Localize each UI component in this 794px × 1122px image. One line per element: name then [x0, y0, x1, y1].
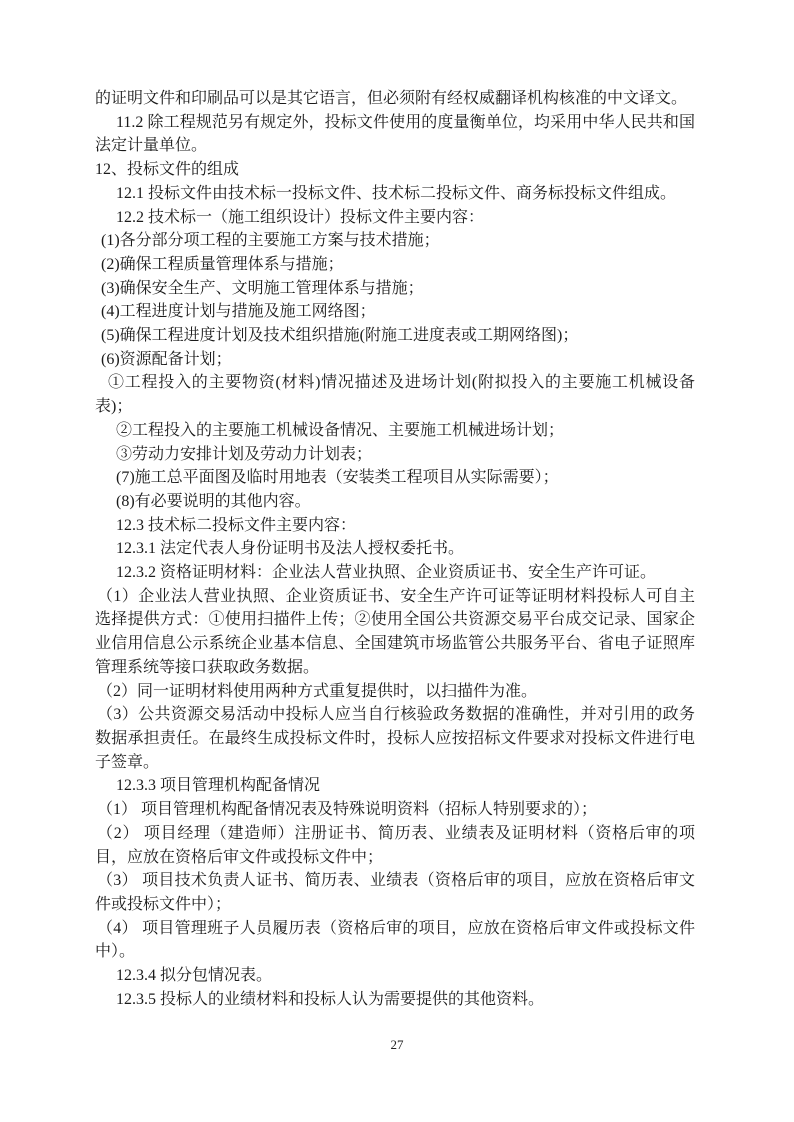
paragraph: (8)有必要说明的其他内容。 [95, 490, 695, 514]
paragraph: （1） 项目管理机构配备情况表及特殊说明资料（招标人特别要求的）； [95, 798, 695, 822]
document-page: 的证明文件和印刷品可以是其它语言，但必须附有经权威翻译机构核准的中文译文。11.… [0, 0, 794, 1122]
paragraph: 12.3 技术标二投标文件主要内容： [95, 514, 695, 538]
paragraph: (7)施工总平面图及临时用地表（安装类工程项目从实际需要）； [95, 466, 695, 490]
paragraph: ①工程投入的主要物资(材料)情况描述及进场计划(附拟投入的主要施工机械设备表)； [95, 371, 695, 418]
paragraph: 12.3.4 拟分包情况表。 [95, 964, 695, 988]
page-footer: 27 [0, 1036, 794, 1054]
paragraph: （2）同一证明材料使用两种方式重复提供时，以扫描件为准。 [95, 680, 695, 704]
paragraph: 12.3.2 资格证明材料：企业法人营业执照、企业资质证书、安全生产许可证。 [95, 561, 695, 585]
paragraph: （3） 项目技术负责人证书、简历表、业绩表（资格后审的项目，应放在资格后审文件或… [95, 869, 695, 916]
paragraph: (2)确保工程质量管理体系与措施； [95, 253, 695, 277]
document-body: 的证明文件和印刷品可以是其它语言，但必须附有经权威翻译机构核准的中文译文。11.… [95, 87, 695, 1011]
paragraph: 12.3.1 法定代表人身份证明书及法人授权委托书。 [95, 537, 695, 561]
paragraph: ③劳动力安排计划及劳动力计划表； [95, 443, 695, 467]
paragraph: (5)确保工程进度计划及技术组织措施(附施工进度表或工期网络图)； [95, 324, 695, 348]
paragraph: （4） 项目管理班子人员履历表（资格后审的项目，应放在资格后审文件或投标文件中）… [95, 917, 695, 964]
page-number: 27 [391, 1037, 404, 1052]
paragraph: 11.2 除工程规范另有规定外，投标文件使用的度量衡单位，均采用中华人民共和国法… [95, 111, 695, 158]
paragraph: （2） 项目经理（建造师）注册证书、简历表、业绩表及证明材料（资格后审的项目，应… [95, 822, 695, 869]
paragraph: 12.2 技术标一（施工组织设计）投标文件主要内容： [95, 206, 695, 230]
paragraph: （1）企业法人营业执照、企业资质证书、安全生产许可证等证明材料投标人可自主选择提… [95, 585, 695, 680]
paragraph: (6)资源配备计划； [95, 348, 695, 372]
paragraph: ②工程投入的主要施工机械设备情况、主要施工机械进场计划； [95, 419, 695, 443]
section-heading: 12、投标文件的组成 [95, 158, 695, 182]
paragraph: 12.1 投标文件由技术标一投标文件、技术标二投标文件、商务标投标文件组成。 [95, 182, 695, 206]
paragraph: (1)各分部分项工程的主要施工方案与技术措施； [95, 229, 695, 253]
paragraph: 的证明文件和印刷品可以是其它语言，但必须附有经权威翻译机构核准的中文译文。 [95, 87, 695, 111]
paragraph: 12.3.3 项目管理机构配备情况 [95, 774, 695, 798]
paragraph: 12.3.5 投标人的业绩材料和投标人认为需要提供的其他资料。 [95, 988, 695, 1012]
paragraph: （3）公共资源交易活动中投标人应当自行核验政务数据的准确性，并对引用的政务数据承… [95, 703, 695, 774]
paragraph: (4)工程进度计划与措施及施工网络图； [95, 300, 695, 324]
paragraph: (3)确保安全生产、文明施工管理体系与措施； [95, 277, 695, 301]
